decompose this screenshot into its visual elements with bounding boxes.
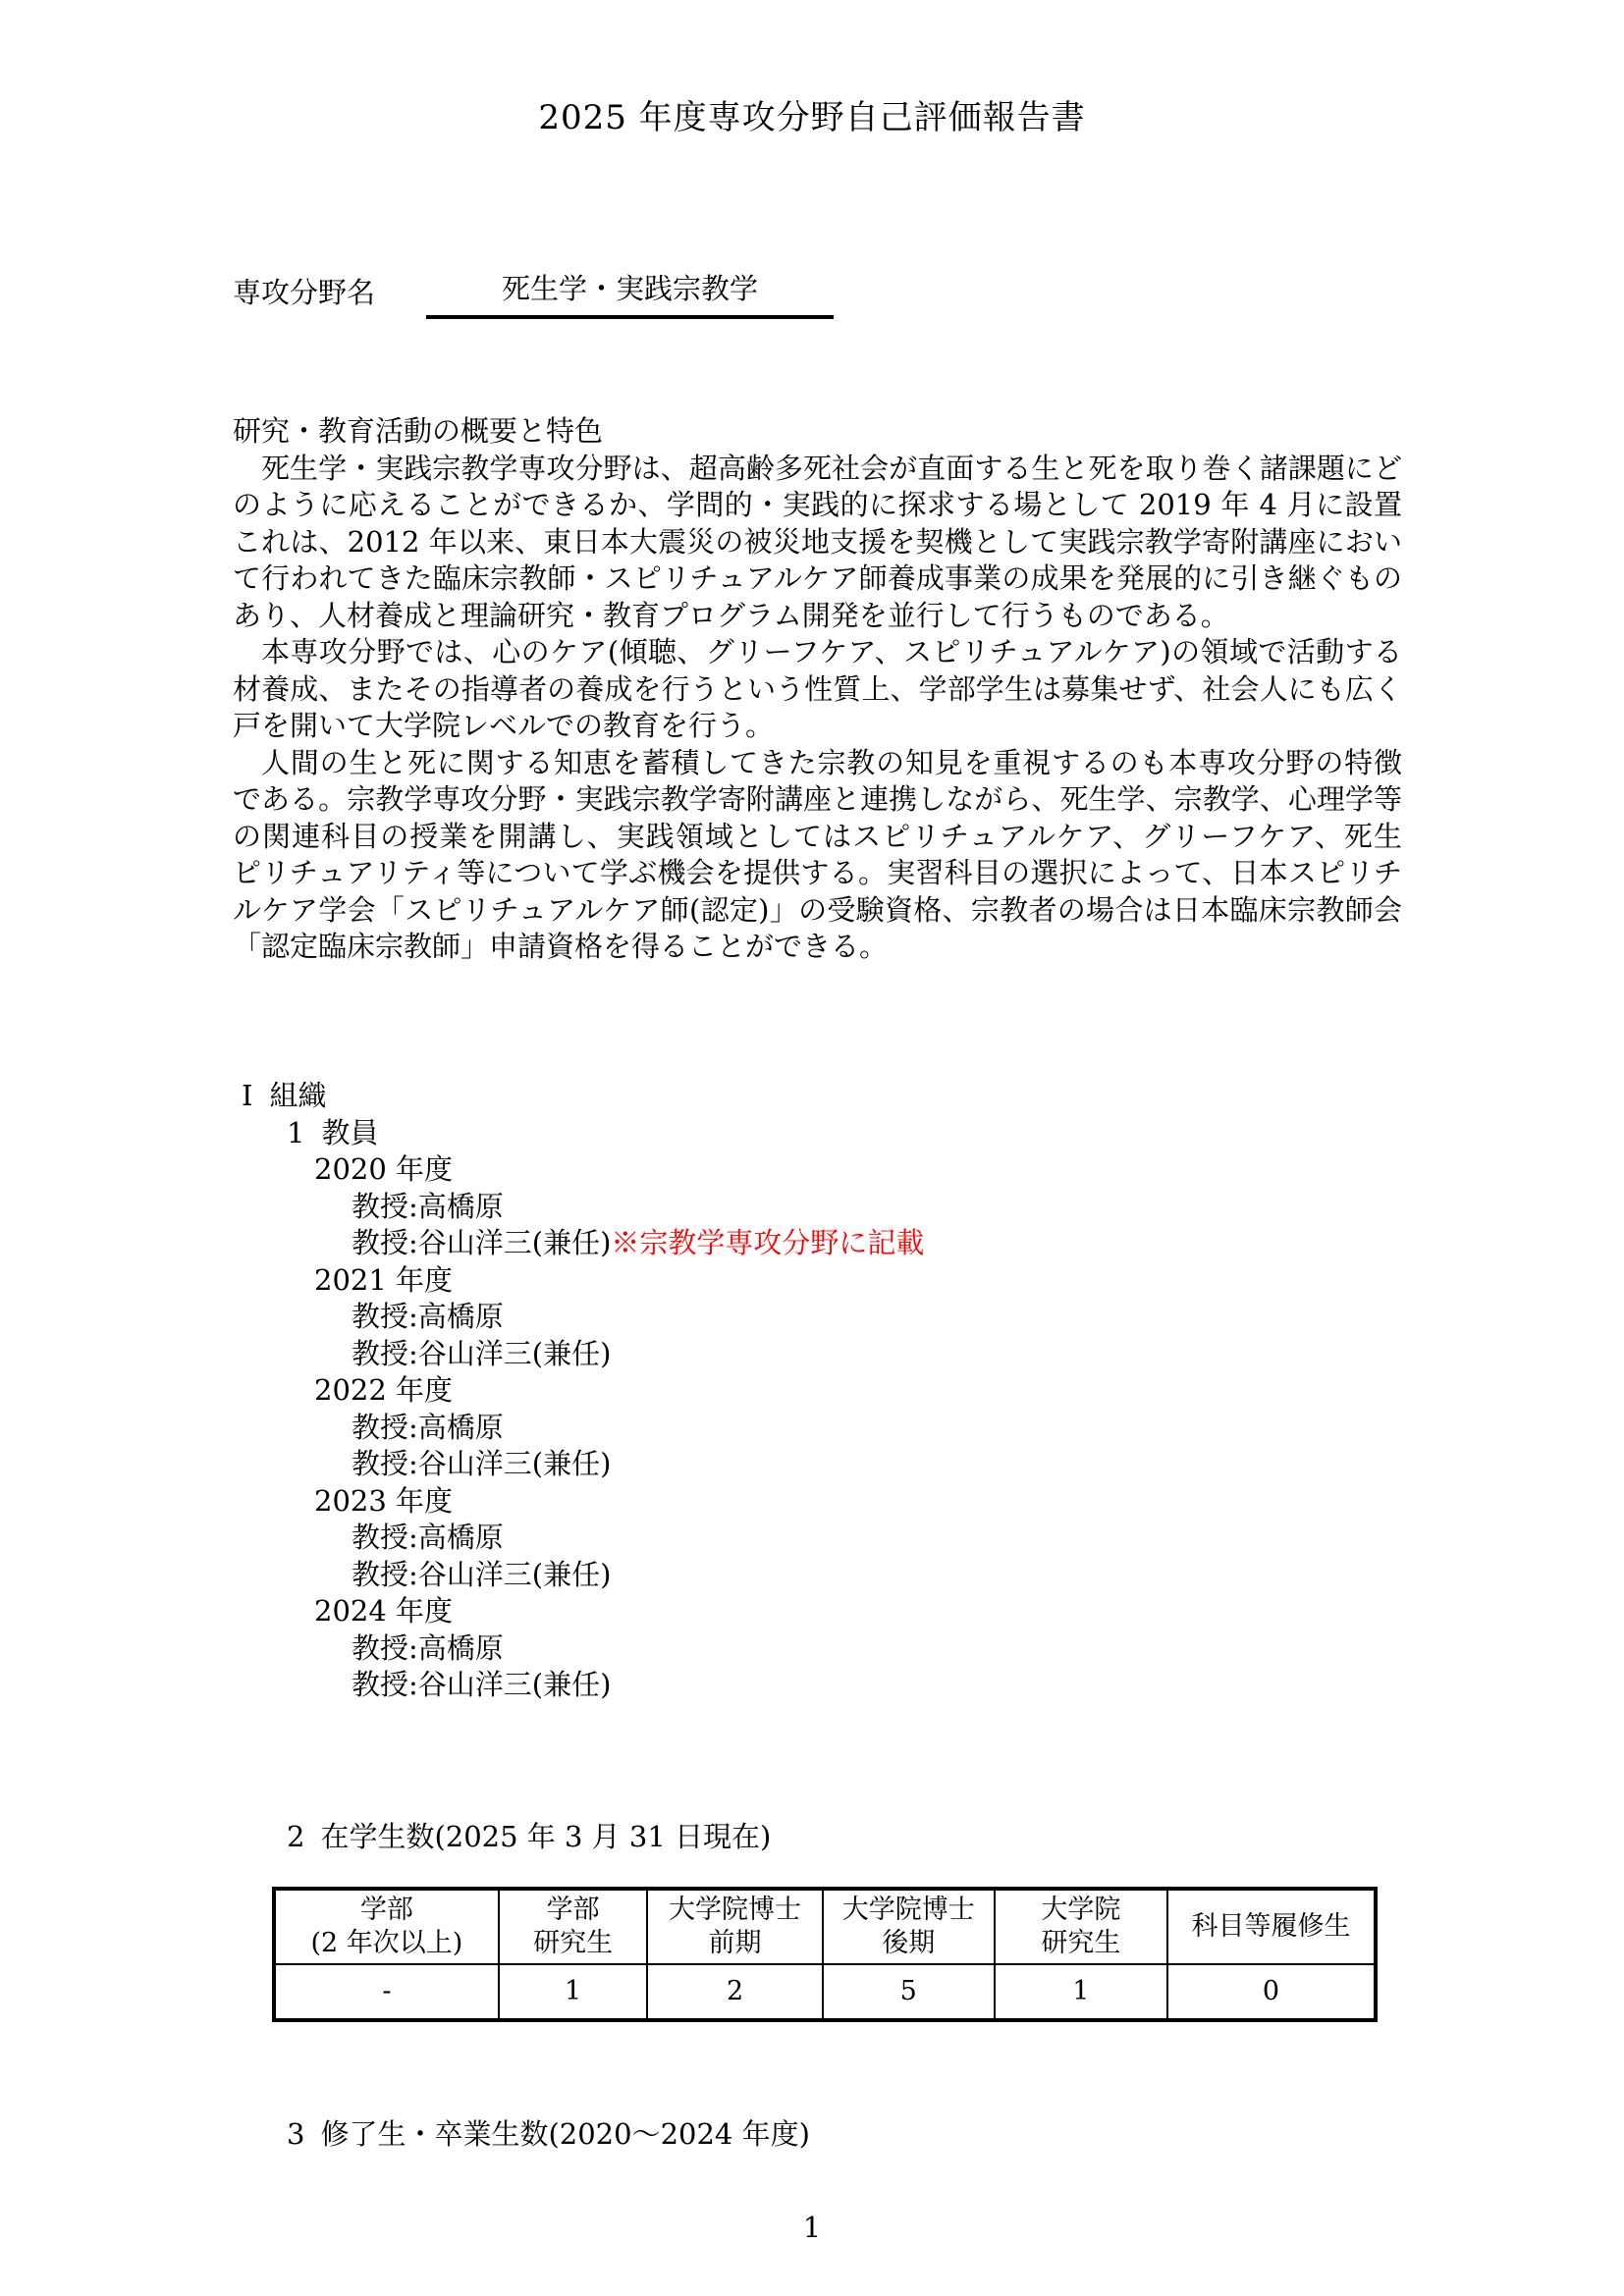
column-header: 学部 (2 年次以上) [274,1889,499,1964]
major-field-value: 死生学・実践宗教学 [426,267,834,319]
overview-line: ルケア学会「スピリチュアルケア師(認定)」の受験資格、宗教者の場合は日本臨床宗教… [233,892,1402,930]
overview-line: 戸を開いて大学院レベルでの教育を行う。 [233,708,1402,745]
page-number: 1 [0,2211,1624,2244]
table-cell: 2 [647,1964,822,2020]
overview-line: あり、人材養成と理論研究・教育プログラム開発を並行して行うものである。 [233,598,1402,635]
subsection-students: 2在学生数(2025 年 3 月 31 日現在) [287,1819,771,1856]
section-label: 組織 [269,1079,326,1112]
page-title: 2025 年度専攻分野自己評価報告書 [0,90,1624,138]
overview-heading: 研究・教育活動の概要と特色 [233,413,1402,451]
professor-line: 教授:谷山洋三(兼任)※宗教学専攻分野に記載 [352,1225,1624,1262]
professor-line: 教授:高橋原 [352,1520,1624,1557]
subsection-teachers: 1教員 [287,1115,1624,1152]
table-cell: 1 [499,1964,647,2020]
overview-line: 材養成、またその指導者の養成を行うという性質上、学部学生は募集せず、社会人にも広… [233,671,1402,709]
overview-line: 人間の生と死に関する知恵を蓄積してきた宗教の知見を重視するのも本専攻分野の特徴 [233,745,1402,782]
red-note: ※宗教学専攻分野に記載 [611,1226,924,1259]
professor-line: 教授:谷山洋三(兼任) [352,1336,1624,1373]
table-cell: - [274,1964,499,2020]
column-header: 大学院博士 後期 [823,1889,995,1964]
professor-name: 教授:谷山洋三(兼任) [352,1226,611,1259]
section-heading-organization: Ⅰ組織 [242,1078,1624,1115]
report-page: 2025 年度専攻分野自己評価報告書 専攻分野名死生学・実践宗教学 研究・教育活… [0,0,1624,2296]
professor-line: 教授:高橋原 [352,1410,1624,1447]
professor-line: 教授:高橋原 [352,1630,1624,1668]
section-numeral: Ⅰ [242,1079,252,1112]
professor-name: 教授:谷山洋三(兼任) [352,1668,611,1701]
table-cell: 5 [823,1964,995,2020]
students-table: 学部 (2 年次以上) 学部 研究生 大学院博士 前期 大学院博士 後期 大学院… [272,1887,1378,2022]
subsection-number: 2 [287,1820,304,1853]
overview-line: 本専攻分野では、心のケア(傾聴、グリーフケア、スピリチュアルケア)の領域で活動す… [233,634,1402,671]
overview-line: これは、2012 年以来、東日本大震災の被災地支援を契機として実践宗教学寄附講座… [233,524,1402,561]
overview-line: の関連科目の授業を開講し、実践領域としてはスピリチュアルケア、グリーフケア、死生… [233,819,1402,856]
table-cell: 1 [995,1964,1167,2020]
subsection-graduates: 3修了生・卒業生数(2020～2024 年度) [287,2116,810,2154]
overview-line: のように応えることができるか、学問的・実践的に探求する場として 2019 年 4… [233,487,1402,524]
overview-section: 研究・教育活動の概要と特色 死生学・実践宗教学専攻分野は、超高齢多死社会が直面す… [233,413,1402,966]
table-cell: 0 [1167,1964,1376,2020]
professor-name: 教授:谷山洋三(兼任) [352,1447,611,1480]
overview-line: ピリチュアリティ等について学ぶ機会を提供する。実習科目の選択によって、日本スピリ… [233,855,1402,892]
subsection-number: 3 [287,2117,304,2151]
subsection-number: 1 [287,1116,304,1149]
column-header: 大学院 研究生 [995,1889,1167,1964]
year-heading: 2020 年度 [314,1151,1624,1189]
major-field-label: 専攻分野名 [233,271,375,319]
professor-line: 教授:高橋原 [352,1299,1624,1336]
subsection-label: 教員 [321,1116,378,1149]
overview-line: である。宗教学専攻分野・実践宗教学寄附講座と連携しながら、死生学、宗教学、心理学… [233,781,1402,819]
year-heading: 2021 年度 [314,1262,1624,1300]
professor-line: 教授:高橋原 [352,1189,1624,1226]
professor-name: 教授:谷山洋三(兼任) [352,1558,611,1591]
overview-line: 死生学・実践宗教学専攻分野は、超高齢多死社会が直面する生と死を取り巻く諸課題にど [233,451,1402,488]
students-table-header-row: 学部 (2 年次以上) 学部 研究生 大学院博士 前期 大学院博士 後期 大学院… [274,1889,1376,1964]
organization-section: Ⅰ組織 1教員 2020 年度 教授:高橋原 教授:谷山洋三(兼任)※宗教学専攻… [0,1078,1624,1704]
major-field-row: 専攻分野名死生学・実践宗教学 [233,267,1428,319]
year-heading: 2022 年度 [314,1372,1624,1410]
subsection-label: 在学生数(2025 年 3 月 31 日現在) [320,1820,771,1853]
year-heading: 2024 年度 [314,1593,1624,1630]
students-table-value-row: - 1 2 5 1 0 [274,1964,1376,2020]
professor-line: 教授:谷山洋三(兼任) [352,1446,1624,1483]
overview-line: 「認定臨床宗教師」申請資格を得ることができる。 [233,929,1402,966]
professor-line: 教授:谷山洋三(兼任) [352,1667,1624,1704]
year-heading: 2023 年度 [314,1483,1624,1521]
column-header: 学部 研究生 [499,1889,647,1964]
column-header: 大学院博士 前期 [647,1889,822,1964]
professor-line: 教授:谷山洋三(兼任) [352,1557,1624,1594]
overview-line: て行われてきた臨床宗教師・スピリチュアルケア師養成事業の成果を発展的に引き継ぐも… [233,561,1402,598]
subsection-label: 修了生・卒業生数(2020～2024 年度) [320,2117,809,2151]
column-header: 科目等履修生 [1167,1889,1376,1964]
professor-name: 教授:谷山洋三(兼任) [352,1337,611,1370]
